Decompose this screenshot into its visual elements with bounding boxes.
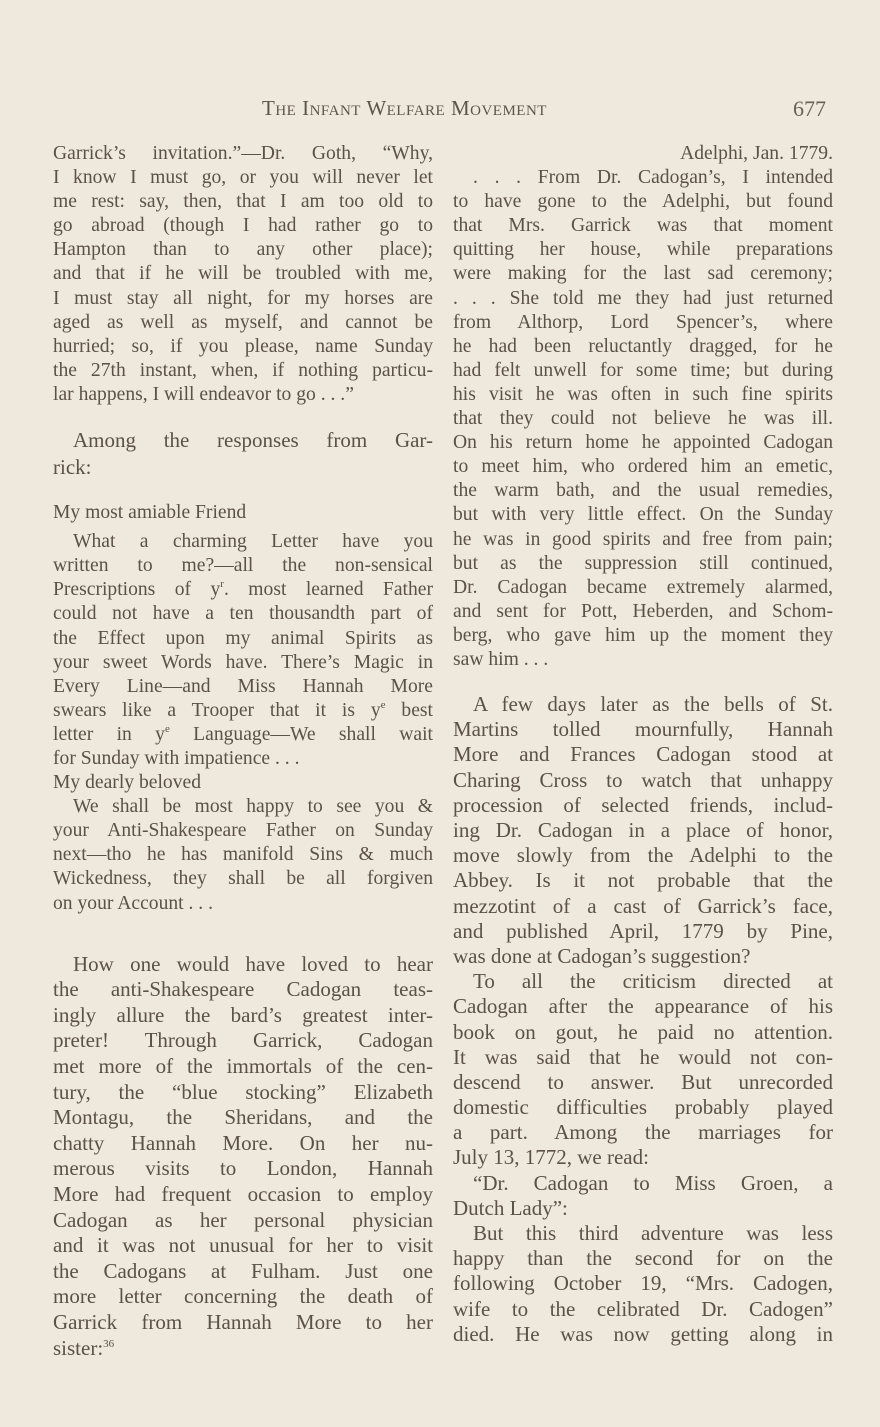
text-line: How one would have loved to hear [53,952,433,978]
text-line: that Mrs. Garrick was that moment [453,214,833,238]
text-line: ingly allure the bard’s greatest inter- [53,1003,433,1029]
salutation: My dearly beloved [53,771,433,795]
text-line: me rest: say, then, that I am too old to [53,190,433,214]
text-line: preter! Through Garrick, Cadogan [53,1028,433,1054]
text-line: the Cadogans at Fulham. Just one [53,1259,433,1285]
letter-hannah-more: Adelphi, Jan. 1779. . . . From Dr. Cadog… [453,142,833,672]
responses-heading: Among the responses from Gar- rick: [53,427,433,481]
dateline: Adelphi, Jan. 1779. [453,142,833,166]
text-line: a part. Among the marriages for [453,1120,833,1145]
running-title: The Infant Welfare Movement [262,96,547,121]
text-line: go abroad (though I had rather go to [53,214,433,238]
right-column: Adelphi, Jan. 1779. . . . From Dr. Cadog… [453,142,833,1347]
paragraph-cadogan-circle: How one would have loved to hear the ant… [53,952,433,1362]
text-line: lar happens, I will endeavor to go . . .… [53,383,433,407]
text-line: wife to the celibrated Dr. Cadogen” [453,1297,833,1322]
text-line: that they could not believe he was ill. [453,407,833,431]
paragraph-third-adventure: But this third adventure was less happy … [453,1221,833,1347]
text-line: But this third adventure was less [453,1221,833,1246]
text-line: merous visits to London, Hannah [53,1156,433,1182]
letter-garrick-2: My dearly beloved We shall be most happy… [53,771,433,916]
text-line: rick: [53,454,433,481]
running-head: The Infant Welfare Movement 677 [0,96,880,126]
text-line: and sent for Pott, Heberden, and Schom- [453,600,833,624]
footnote-reference: 36 [103,1338,114,1350]
left-column: Garrick’s invitation.”—Dr. Goth, “Why, I… [53,142,433,1361]
text-line: aged as well as myself, and cannot be [53,311,433,335]
paragraph-criticism: To all the criticism directed at Cadogan… [453,969,833,1171]
text-line: Among the responses from Gar- [53,427,433,454]
text-line: berg, who gave him up the moment they [453,624,833,648]
page-number: 677 [793,96,826,122]
text-line: the Effect upon my animal Spirits as [53,627,433,651]
text-line: A few days later as the bells of St. [453,692,833,717]
text-line: he had been reluctantly dragged, for he [453,335,833,359]
text-line: your sweet Words have. There’s Magic in [53,651,433,675]
text-line: I know I must go, or you will never let [53,166,433,190]
text-line: tury, the “blue stocking” Elizabeth [53,1080,433,1106]
text-line: . . . She told me they had just returned [453,287,833,311]
text-line: happy than the second for on the [453,1246,833,1271]
text-line: for Sunday with impatience . . . [53,747,433,771]
text-line: It was said that he would not con- [453,1045,833,1070]
text-line: letter in ye Language—We shall wait [53,723,433,747]
text-line: On his return home he appointed Cadogan [453,431,833,455]
text-line: following October 19, “Mrs. Cadogen, [453,1271,833,1296]
text-line: descend to answer. But unrecorded [453,1070,833,1095]
text-line: were making for the last sad ceremony; [453,262,833,286]
text-line: your Anti-Shakespeare Father on Sunday [53,819,433,843]
text-line: Cadogan after the appearance of his [453,994,833,1019]
text-line: We shall be most happy to see you & [53,795,433,819]
text-line: ing Dr. Cadogan in a place of honor, [453,818,833,843]
text-line: Every Line—and Miss Hannah More [53,675,433,699]
text-line: but with very little effect. On the Sund… [453,503,833,527]
text-line: his visit he was often in such fine spir… [453,383,833,407]
text-line: July 13, 1772, we read: [453,1145,833,1170]
text-line: domestic difficulties probably played [453,1095,833,1120]
text-line: and published April, 1779 by Pine, [453,919,833,944]
right-body: A few days later as the bells of St. Mar… [453,692,833,1347]
text-line: the warm bath, and the usual remedies, [453,479,833,503]
text-line: sister:36 [53,1336,433,1362]
marriage-quote: “Dr. Cadogan to Miss Groen, a Dutch Lady… [453,1171,833,1221]
text-line: Hampton than to any other place); [53,238,433,262]
text-line: I must stay all night, for my horses are [53,287,433,311]
text-line: the 27th instant, when, if nothing parti… [53,359,433,383]
text-line: mezzotint of a cast of Garrick’s face, [453,894,833,919]
text-line: he was in good spirits and free from pai… [453,528,833,552]
text-line: . . . From Dr. Cadogan’s, I intended [453,166,833,190]
text-line: hurried; so, if you please, name Sunday [53,335,433,359]
text-line: More and Frances Cadogan stood at [453,742,833,767]
text-line: Montagu, the Sheridans, and the [53,1105,433,1131]
text-line: To all the criticism directed at [453,969,833,994]
text-line: died. He was now getting along in [453,1322,833,1347]
text-line: Cadogan as her personal physician [53,1208,433,1234]
text-line: More had frequent occasion to employ [53,1182,433,1208]
text-line: swears like a Trooper that it is ye best [53,699,433,723]
text-line: to have gone to the Adelphi, but found [453,190,833,214]
text-line: Abbey. Is it not probable that the [453,868,833,893]
quote-continuation: Garrick’s invitation.”—Dr. Goth, “Why, I… [53,142,433,407]
text-line: Garrick from Hannah More to her [53,1310,433,1336]
text-line: book on gout, he paid no attention. [453,1020,833,1045]
text-line: Dr. Cadogan became extremely alarmed, [453,576,833,600]
text-line: quitting her house, while preparations [453,238,833,262]
salutation: My most amiable Friend [53,501,433,525]
text-line: Prescriptions of yr. most learned Father [53,578,433,602]
text-line: Martins tolled mournfully, Hannah [453,717,833,742]
text-line: from Althorp, Lord Spencer’s, where [453,311,833,335]
text-line: Charing Cross to watch that unhappy [453,768,833,793]
text-line: and that if he will be troubled with me, [53,262,433,286]
text-line: What a charming Letter have you [53,530,433,554]
paragraph-funeral: A few days later as the bells of St. Mar… [453,692,833,969]
text-line: saw him . . . [453,648,833,672]
text-line: “Dr. Cadogan to Miss Groen, a [453,1171,833,1196]
text-line: Dutch Lady”: [453,1196,833,1221]
text-line: next—tho he has manifold Sins & much [53,843,433,867]
text-line: met more of the immortals of the cen- [53,1054,433,1080]
text-line: Wickedness, they shall be all forgiven [53,867,433,891]
letter-garrick-1: My most amiable Friend What a charming L… [53,501,433,771]
text-line: but as the suppression still continued, [453,552,833,576]
text-line: the anti-Shakespeare Cadogan teas- [53,977,433,1003]
text-line: to meet him, who ordered him an emetic, [453,455,833,479]
text-line: written to me?—all the non-sensical [53,554,433,578]
text-line: procession of selected friends, includ- [453,793,833,818]
text-line: was done at Cadogan’s suggestion? [453,944,833,969]
text-line: move slowly from the Adelphi to the [453,843,833,868]
text-line: and it was not unusual for her to visit [53,1233,433,1259]
text-line: Garrick’s invitation.”—Dr. Goth, “Why, [53,142,433,166]
text-line: could not have a ten thousandth part of [53,602,433,626]
text-line: on your Account . . . [53,892,433,916]
text-line: chatty Hannah More. On her nu- [53,1131,433,1157]
text-line: had felt unwell for some time; but durin… [453,359,833,383]
text-line: more letter concerning the death of [53,1284,433,1310]
